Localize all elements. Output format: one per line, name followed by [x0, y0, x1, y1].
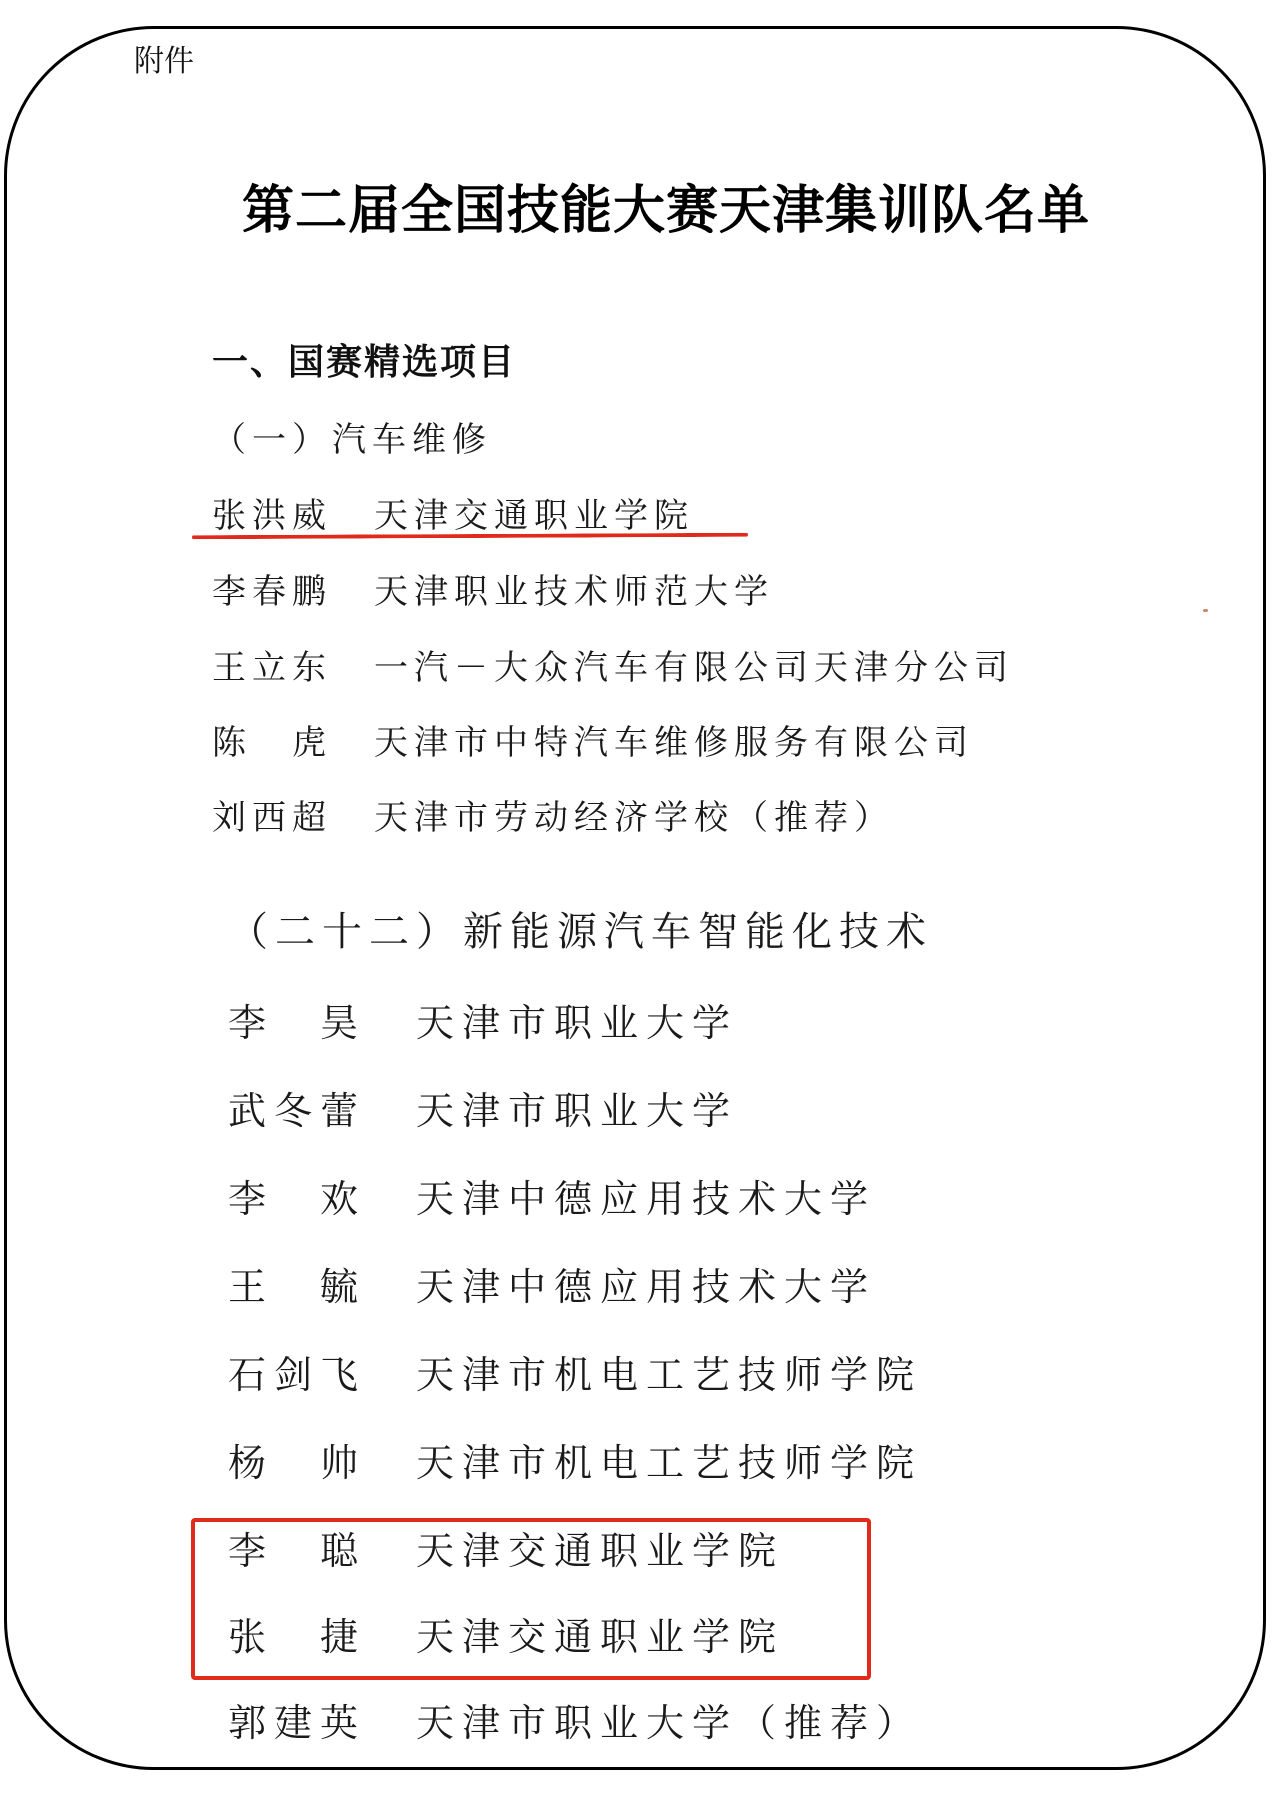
- document-title: 第二届全国技能大赛天津集训队名单: [242, 168, 1090, 243]
- member-name: 武冬蕾: [228, 1080, 416, 1135]
- member-org: 一汽－大众汽车有限公司天津分公司: [374, 640, 1014, 689]
- list-item: 王立东 一汽－大众汽车有限公司天津分公司: [212, 640, 1014, 689]
- list-item: 李 昊 天津市职业大学: [228, 992, 738, 1047]
- member-org: 天津交通职业学院: [416, 1520, 784, 1575]
- member-org: 天津中德应用技术大学: [416, 1168, 876, 1223]
- group-title-auto-repair: （一）汽车维修: [212, 412, 492, 461]
- member-name: 刘西超: [212, 790, 374, 839]
- member-name: 郭建英: [228, 1692, 416, 1747]
- rounded-page-frame: [4, 26, 1266, 1770]
- scan-speck: [1203, 609, 1208, 612]
- member-name: 石剑飞: [228, 1344, 416, 1399]
- member-org: 天津市劳动经济学校（推荐）: [374, 790, 894, 839]
- member-name: 张洪威: [212, 488, 374, 537]
- list-item: 李春鹏 天津职业技术师范大学: [212, 564, 774, 613]
- member-name: 李 欢: [228, 1168, 416, 1223]
- member-name: 杨 帅: [228, 1432, 416, 1487]
- member-name: 李 聪: [228, 1520, 416, 1575]
- list-item: 武冬蕾 天津市职业大学: [228, 1080, 738, 1135]
- member-org: 天津职业技术师范大学: [374, 564, 774, 613]
- member-name: 王 毓: [228, 1256, 416, 1311]
- member-org: 天津市机电工艺技师学院: [416, 1344, 922, 1399]
- member-org: 天津市职业大学: [416, 1080, 738, 1135]
- member-org: 天津中德应用技术大学: [416, 1256, 876, 1311]
- member-name: 陈 虎: [212, 715, 374, 764]
- member-name: 李春鹏: [212, 564, 374, 613]
- section-heading: 一、国赛精选项目: [212, 334, 516, 385]
- list-item: 李 聪 天津交通职业学院: [228, 1520, 784, 1575]
- member-org: 天津市职业大学: [416, 992, 738, 1047]
- member-org: 天津交通职业学院: [374, 488, 694, 537]
- group-title-nev-intelligence: （二十二）新能源汽车智能化技术: [228, 900, 933, 957]
- list-item: 石剑飞 天津市机电工艺技师学院: [228, 1344, 922, 1399]
- list-item: 张洪威 天津交通职业学院: [212, 488, 694, 537]
- member-org: 天津交通职业学院: [416, 1606, 784, 1661]
- list-item: 刘西超 天津市劳动经济学校（推荐）: [212, 790, 894, 839]
- list-item: 王 毓 天津中德应用技术大学: [228, 1256, 876, 1311]
- member-org: 天津市机电工艺技师学院: [416, 1432, 922, 1487]
- list-item: 张 捷 天津交通职业学院: [228, 1606, 784, 1661]
- list-item: 杨 帅 天津市机电工艺技师学院: [228, 1432, 922, 1487]
- member-name: 李 昊: [228, 992, 416, 1047]
- member-name: 王立东: [212, 640, 374, 689]
- list-item: 陈 虎 天津市中特汽车维修服务有限公司: [212, 715, 974, 764]
- member-org: 天津市职业大学（推荐）: [416, 1692, 922, 1747]
- member-name: 张 捷: [228, 1606, 416, 1661]
- member-org: 天津市中特汽车维修服务有限公司: [374, 715, 974, 764]
- attachment-label: 附件: [134, 36, 194, 80]
- list-item: 李 欢 天津中德应用技术大学: [228, 1168, 876, 1223]
- list-item: 郭建英 天津市职业大学（推荐）: [228, 1692, 922, 1747]
